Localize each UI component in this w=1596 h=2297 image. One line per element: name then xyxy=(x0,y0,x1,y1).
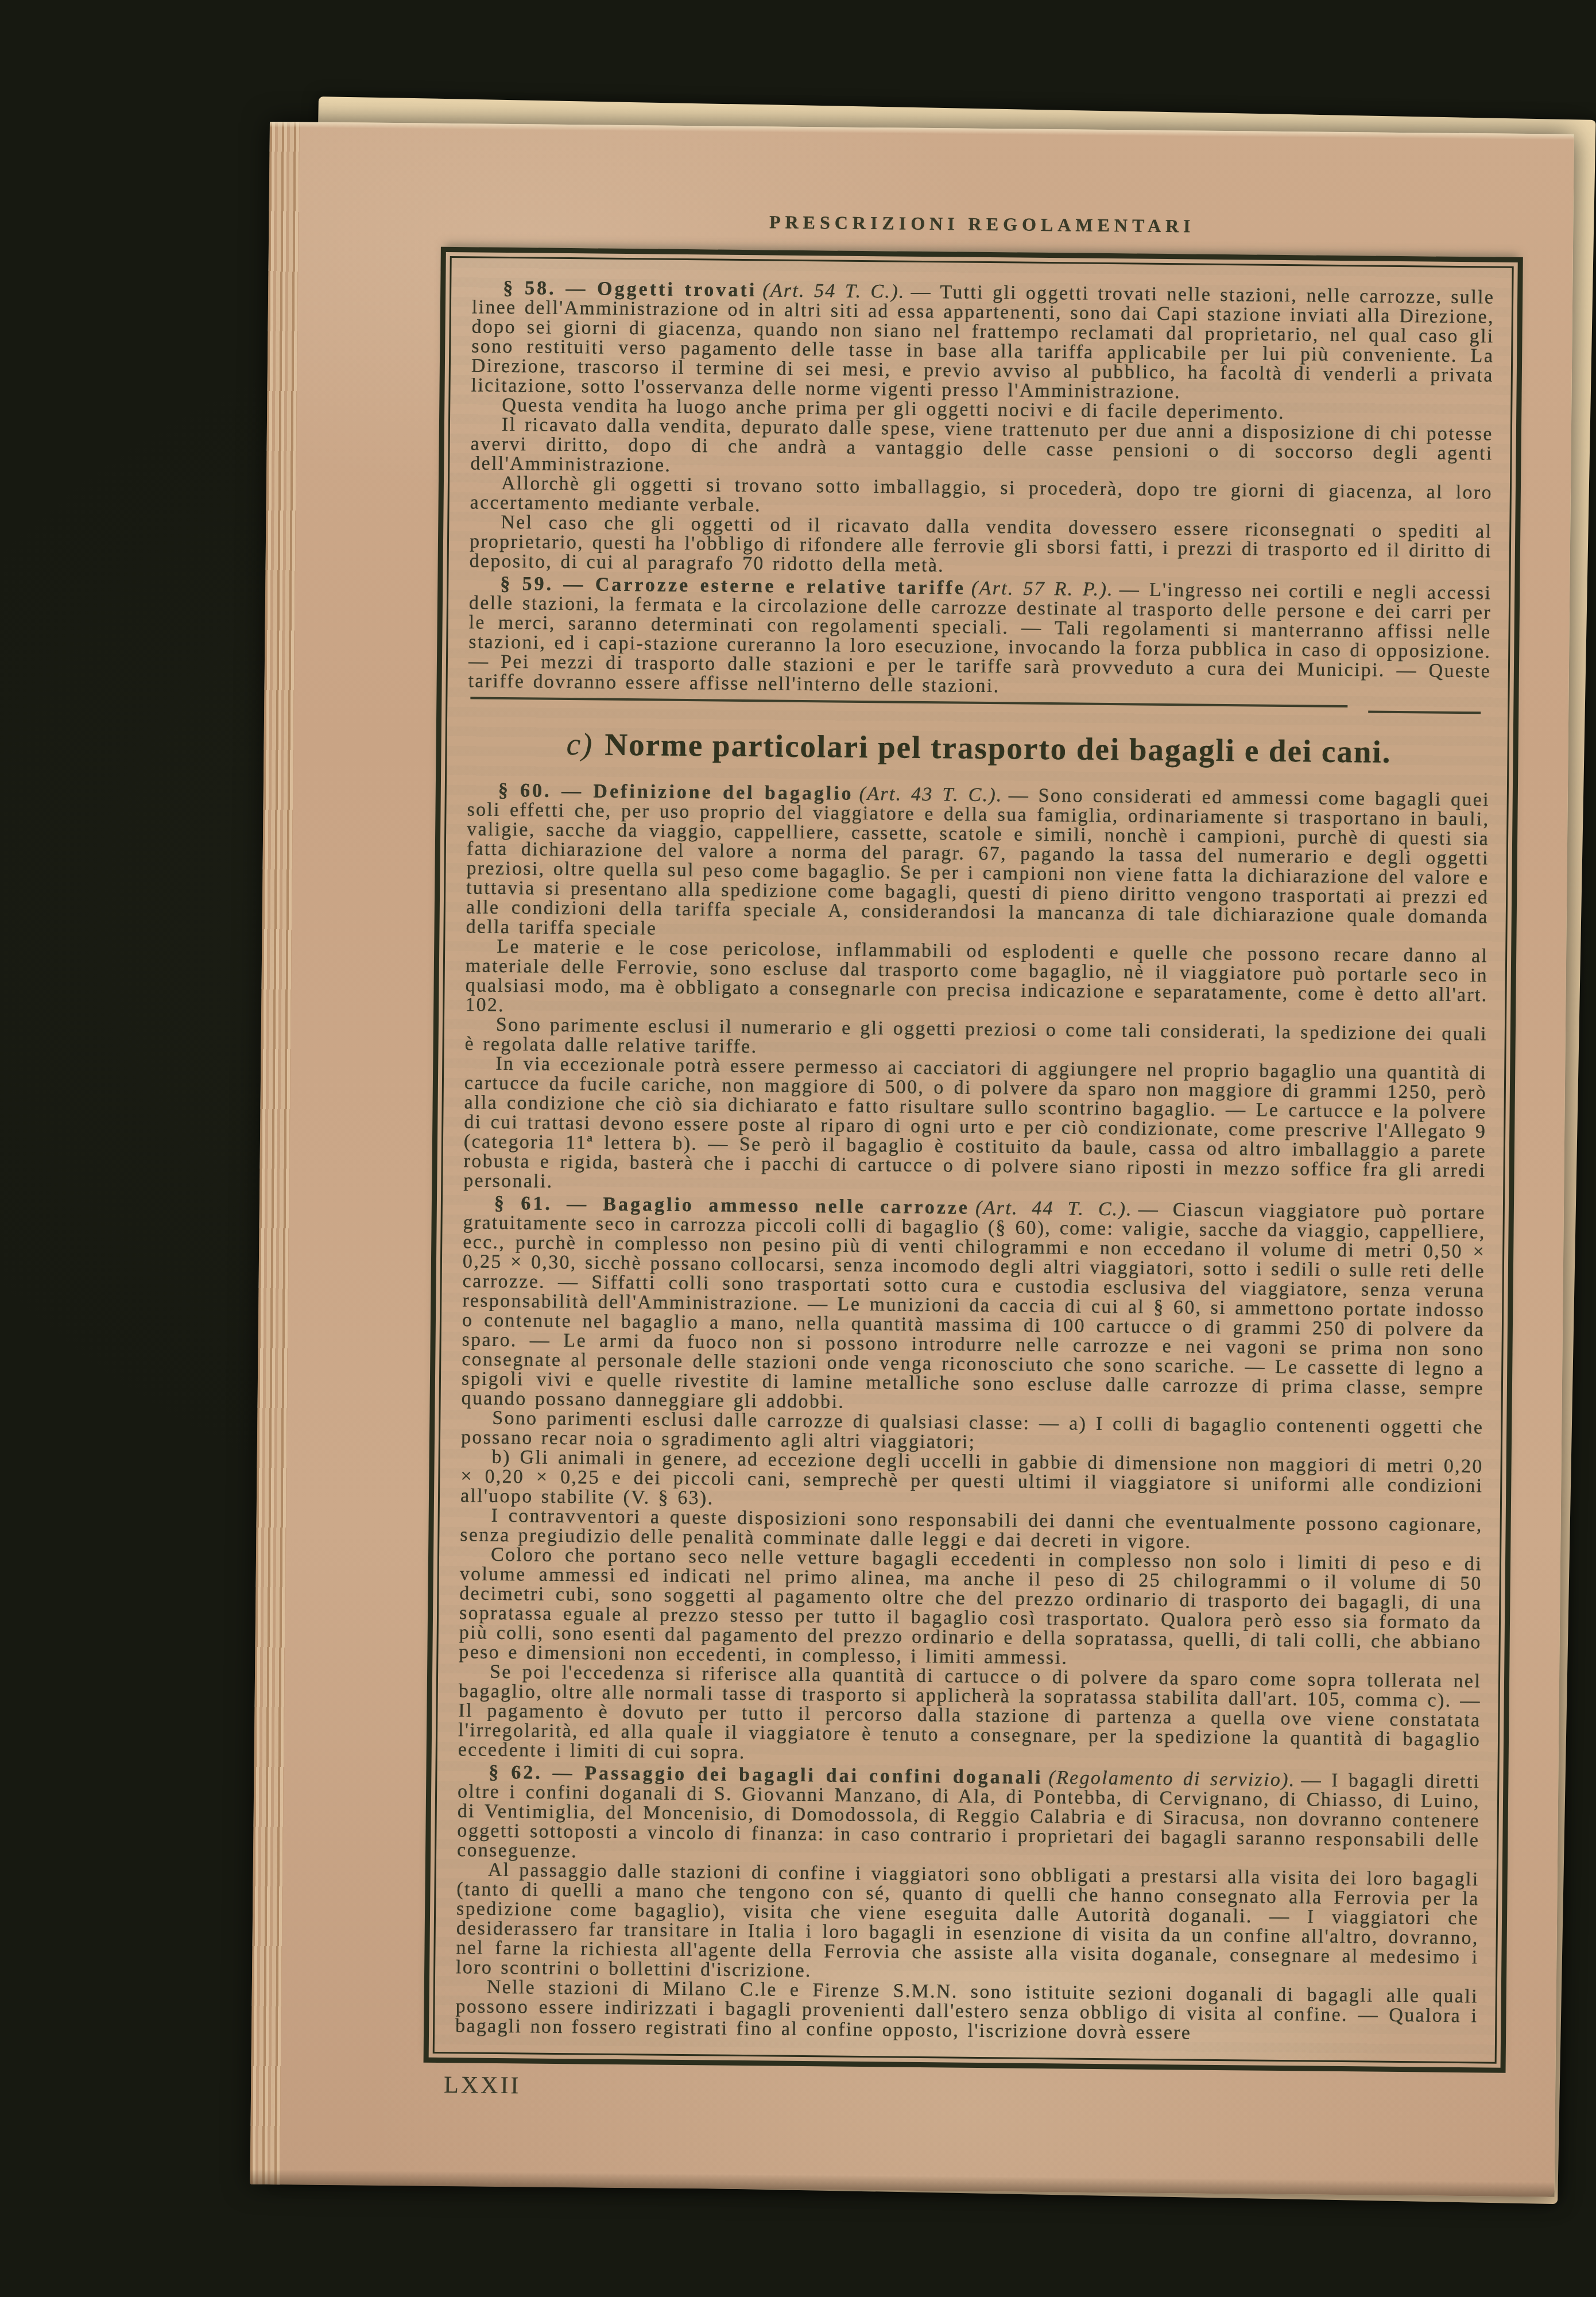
page-number: LXXII xyxy=(444,2071,521,2099)
paragraph-62: § 62. — Passaggio dei bagagli dai confin… xyxy=(457,1762,1481,1870)
section-title: Norme particolari pel trasporto dei baga… xyxy=(605,727,1392,769)
section-letter: c) xyxy=(566,726,593,761)
paragraph-59: § 59. — Carrozze esterne e relative tari… xyxy=(468,574,1492,701)
paragraph-text: Coloro che portano seco nelle vetture ba… xyxy=(459,1544,1482,1669)
scanned-book-photo: PRESCRIZIONI REGOLAMENTARI § 58. — Ogget… xyxy=(0,0,1596,2297)
separator-rule-long xyxy=(470,697,1347,707)
paragraph: Al passaggio dalle stazioni di confine i… xyxy=(456,1860,1479,1987)
paragraph: Nel caso che gli oggetti od il ricavato … xyxy=(470,512,1493,581)
paragraph-61: § 61. — Bagaglio ammesso nelle carrozze(… xyxy=(462,1193,1486,1418)
paragraph-58: § 58. — Oggetti trovati(Art. 54 T. C.).—… xyxy=(471,278,1494,405)
paragraph-text: In via eccezionale potrà essere permesso… xyxy=(463,1053,1487,1192)
paragraph-text: Il ricavato dalla vendita, depurato dall… xyxy=(470,414,1493,476)
paragraph-text: — Tutti gli oggetti trovati nelle stazio… xyxy=(471,281,1494,403)
paragraph-60: § 60. — Definizione del bagaglio(Art. 43… xyxy=(466,780,1490,946)
paragraph-text: Le materie e le cose pericolose, inflamm… xyxy=(465,936,1488,1016)
paragraph-text: — Ciascun viaggiatore può portare gratui… xyxy=(462,1199,1486,1413)
paragraph: Le materie e le cose pericolose, inflamm… xyxy=(465,937,1488,1024)
book-page: PRESCRIZIONI REGOLAMENTARI § 58. — Ogget… xyxy=(250,122,1574,2197)
running-head: PRESCRIZIONI REGOLAMENTARI xyxy=(441,208,1523,240)
paragraph-text: b) Gli animali in genere, ad eccezione d… xyxy=(460,1447,1483,1509)
page-edge-bottom-shadow xyxy=(250,2170,1555,2197)
paragraph-text: Al passaggio dalle stazioni di confine i… xyxy=(456,1859,1479,1981)
text-frame-border: § 58. — Oggetti trovati(Art. 54 T. C.).—… xyxy=(424,247,1523,2073)
paragraph: b) Gli animali in genere, ad eccezione d… xyxy=(460,1447,1483,1515)
paragraph-text: — L'ingresso nei cortili e negli accessi… xyxy=(468,579,1492,697)
separator-rule-short xyxy=(1368,710,1481,714)
paragraph-text: — Sono considerati ed ammessi come bagag… xyxy=(466,784,1490,939)
section-heading: c)Norme particolari pel trasporto dei ba… xyxy=(467,726,1490,769)
paragraph: In via eccezionale potrà essere permesso… xyxy=(463,1054,1487,1200)
paragraph: Nelle stazioni di Milano C.le e Firenze … xyxy=(455,1977,1478,2045)
text-frame-inner: § 58. — Oggetti trovati(Art. 54 T. C.).—… xyxy=(433,256,1514,2064)
paragraph-text: Nelle stazioni di Milano C.le e Firenze … xyxy=(455,1977,1478,2044)
paragraph: Il ricavato dalla vendita, depurato dall… xyxy=(470,415,1493,483)
paragraph-text: Nel caso che gli oggetti od il ricavato … xyxy=(469,512,1492,576)
section-separator xyxy=(470,697,1490,719)
paragraph: Coloro che portano seco nelle vetture ba… xyxy=(459,1545,1482,1672)
paragraph-text: Se poi l'eccedenza si riferisce alla qua… xyxy=(458,1661,1482,1763)
page-stack-edge-left xyxy=(250,122,300,2184)
paragraph: Se poi l'eccedenza si riferisce alla qua… xyxy=(458,1662,1482,1769)
